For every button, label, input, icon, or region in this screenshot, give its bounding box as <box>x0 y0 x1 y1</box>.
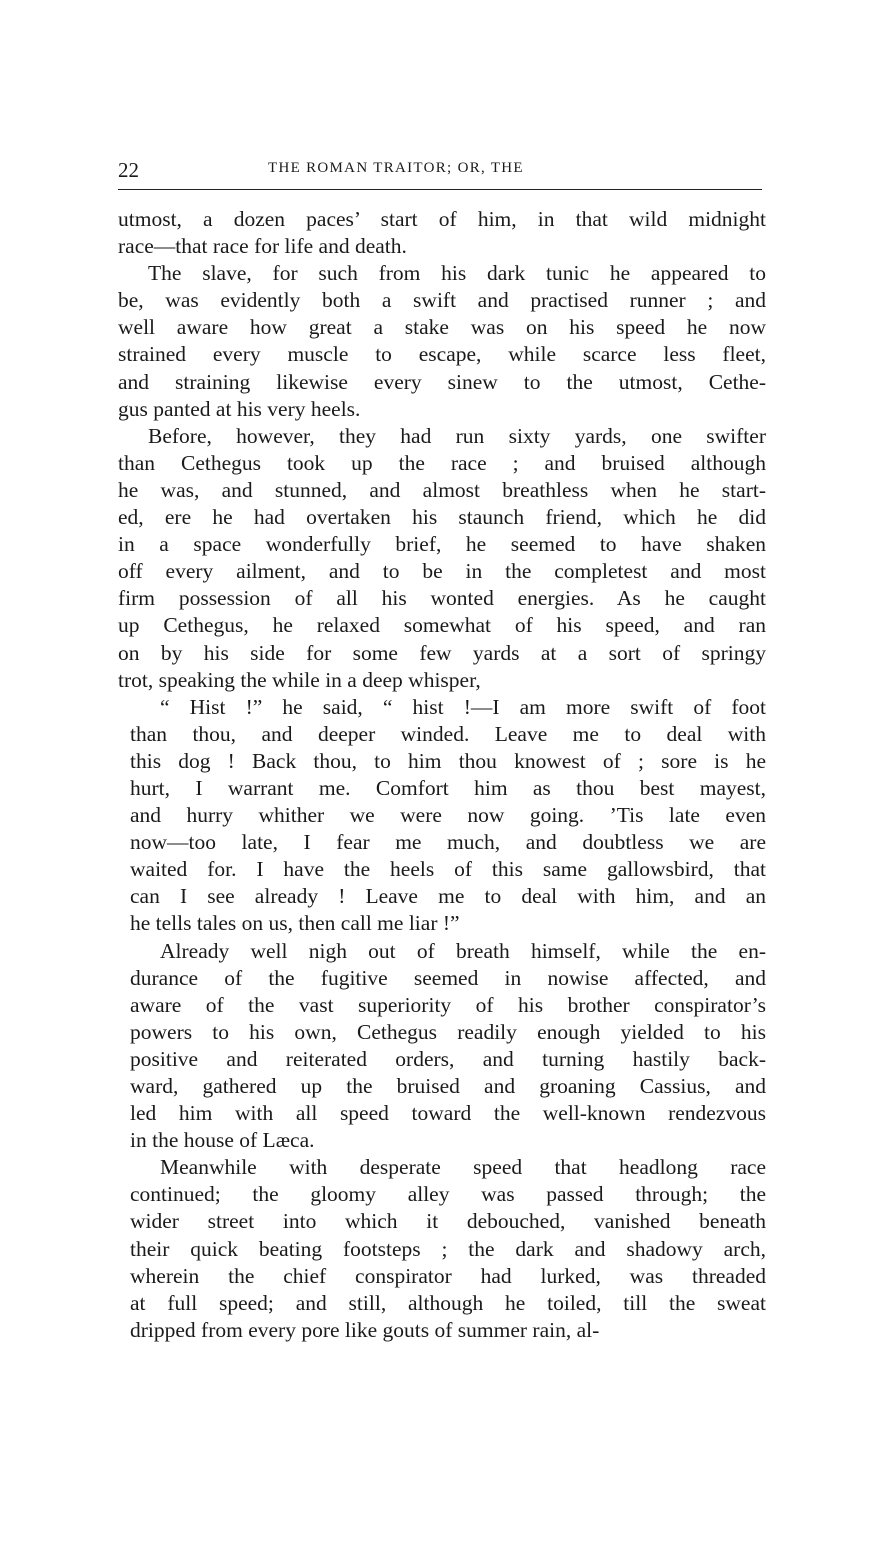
text-line: dripped from every pore like gouts of su… <box>130 1317 766 1344</box>
paragraph: Before, however, they had run sixty yard… <box>118 423 766 694</box>
paragraph: Meanwhile with desperate speed that head… <box>118 1154 766 1344</box>
book-page: 22 THE ROMAN TRAITOR; OR, THE utmost, a … <box>118 158 766 186</box>
text-line: gus panted at his very heels. <box>118 396 766 423</box>
text-line: off every ailment, and to be in the comp… <box>118 558 766 585</box>
text-line: The slave, for such from his dark tunic … <box>118 260 766 287</box>
text-line: Before, however, they had run sixty yard… <box>118 423 766 450</box>
text-line: trot, speaking the while in a deep whisp… <box>118 667 766 694</box>
text-line: than Cethegus took up the race ; and bru… <box>118 450 766 477</box>
text-line: led him with all speed toward the well-k… <box>130 1100 766 1127</box>
text-line: Meanwhile with desperate speed that head… <box>130 1154 766 1181</box>
text-line: in the house of Læca. <box>130 1127 766 1154</box>
text-line: strained every muscle to escape, while s… <box>118 341 766 368</box>
text-line: well aware how great a stake was on his … <box>118 314 766 341</box>
text-line: at full speed; and still, although he to… <box>130 1290 766 1317</box>
text-line: now—too late, I fear me much, and doubtl… <box>130 829 766 856</box>
text-line: continued; the gloomy alley was passed t… <box>130 1181 766 1208</box>
header-rule <box>118 189 762 190</box>
text-line: ed, ere he had overtaken his staunch fri… <box>118 504 766 531</box>
paragraph: Already well nigh out of breath himself,… <box>118 938 766 1155</box>
text-line: positive and reiterated orders, and turn… <box>130 1046 766 1073</box>
text-line: hurt, I warrant me. Comfort him as thou … <box>130 775 766 802</box>
text-line: waited for. I have the heels of this sam… <box>130 856 766 883</box>
running-title: THE ROMAN TRAITOR; OR, THE <box>268 160 524 177</box>
text-line: than thou, and deeper winded. Leave me t… <box>130 721 766 748</box>
paragraph: utmost, a dozen paces’ start of him, in … <box>118 206 766 260</box>
text-line: be, was evidently both a swift and pract… <box>118 287 766 314</box>
text-line: wherein the chief conspirator had lurked… <box>130 1263 766 1290</box>
running-head: 22 THE ROMAN TRAITOR; OR, THE <box>118 158 766 186</box>
text-line: Already well nigh out of breath himself,… <box>130 938 766 965</box>
text-line: up Cethegus, he relaxed somewhat of his … <box>118 612 766 639</box>
text-line: aware of the vast superiority of his bro… <box>130 992 766 1019</box>
text-line: powers to his own, Cethegus readily enou… <box>130 1019 766 1046</box>
text-line: wider street into which it debouched, va… <box>130 1208 766 1235</box>
text-line: in a space wonderfully brief, he seemed … <box>118 531 766 558</box>
text-line: on by his side for some few yards at a s… <box>118 640 766 667</box>
text-line: durance of the fugitive seemed in nowise… <box>130 965 766 992</box>
text-line: their quick beating footsteps ; the dark… <box>130 1236 766 1263</box>
text-line: “ Hist !” he said, “ hist !—I am more sw… <box>130 694 766 721</box>
text-line: he was, and stunned, and almost breathle… <box>118 477 766 504</box>
text-line: race—that race for life and death. <box>118 233 766 260</box>
text-line: firm possession of all his wonted energi… <box>118 585 766 612</box>
text-line: and hurry whither we were now going. ’Ti… <box>130 802 766 829</box>
body-text: utmost, a dozen paces’ start of him, in … <box>118 206 766 1344</box>
text-line: and straining likewise every sinew to th… <box>118 369 766 396</box>
text-line: this dog ! Back thou, to him thou knowes… <box>130 748 766 775</box>
paragraph: The slave, for such from his dark tunic … <box>118 260 766 423</box>
text-line: ward, gathered up the bruised and groani… <box>130 1073 766 1100</box>
paragraph: “ Hist !” he said, “ hist !—I am more sw… <box>118 694 766 938</box>
text-line: can I see already ! Leave me to deal wit… <box>130 883 766 910</box>
text-line: he tells tales on us, then call me liar … <box>130 910 766 937</box>
page-number: 22 <box>118 158 139 183</box>
text-line: utmost, a dozen paces’ start of him, in … <box>118 206 766 233</box>
